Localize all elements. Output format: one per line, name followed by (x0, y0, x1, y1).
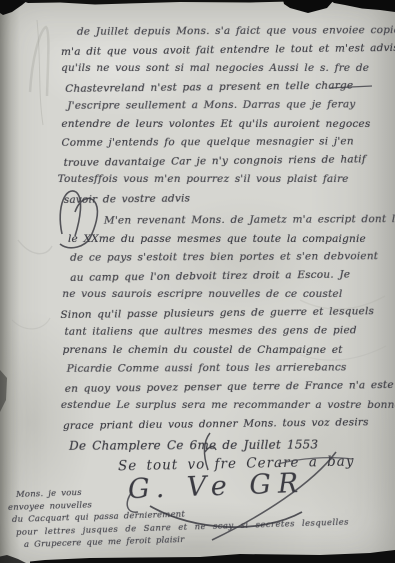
manuscript-line: de ce pays s'estoit tres bien portes et … (70, 247, 392, 267)
manuscript-line: de Juillet depuis Mons. s'a faict que vo… (77, 21, 391, 41)
manuscript-line: ne vous saurois escripre nouvelles de ce… (62, 285, 392, 304)
manuscript-line: trouve davantaige Car je n'y congnois ri… (63, 149, 391, 172)
manuscript-line: savoir de vostre advis (64, 186, 392, 209)
manuscript-line: Comme j'entends fo que quelque mesnagier… (61, 132, 391, 152)
manuscript-line: m'a dit que vous avoit fait entendre le … (61, 38, 391, 61)
manuscript-line: Toutesffois vous m'en pourrez s'il vous … (58, 170, 392, 189)
manuscript-line: au camp que l'on debvoit tirez droit a E… (70, 265, 392, 287)
manuscript-line: qu'ils ne vous sont si mal negocies Auss… (61, 59, 391, 78)
manuscript-line: en quoy vous povez penser que terre de F… (65, 375, 393, 398)
manuscript-line: M'en revenant Mons. de Jametz m'a escrip… (104, 210, 392, 230)
manuscript-line: Picardie Comme aussi font tous les arrie… (67, 358, 393, 378)
manuscript-line: entendre de leurs volontes Et qu'ils aur… (61, 115, 391, 134)
manuscript-line: grace priant dieu vous donner Mons. tous… (63, 412, 393, 435)
postscript-block: Mons. je vous envoyee nouvelles du Cacqu… (6, 489, 394, 552)
manuscript-line: J'escripre seullement a Mons. Darras que… (67, 95, 391, 115)
letter-body: de Juillet depuis Mons. s'a faict que vo… (61, 21, 393, 455)
manuscript-line: estendue Le surplus sera me recommander … (61, 396, 393, 415)
manuscript-line: le XXme du passe mesmes que toute la com… (68, 229, 392, 248)
manuscript-line: prenans le chemin du coustel de Champaig… (63, 340, 393, 359)
manuscript-photo: de Juillet depuis Mons. s'a faict que vo… (0, 0, 395, 563)
manuscript-line: tant italiens que aultres mesmes des gen… (64, 321, 392, 341)
dateline: De Champlere Ce 6me de Juillet 1553 (69, 435, 393, 455)
